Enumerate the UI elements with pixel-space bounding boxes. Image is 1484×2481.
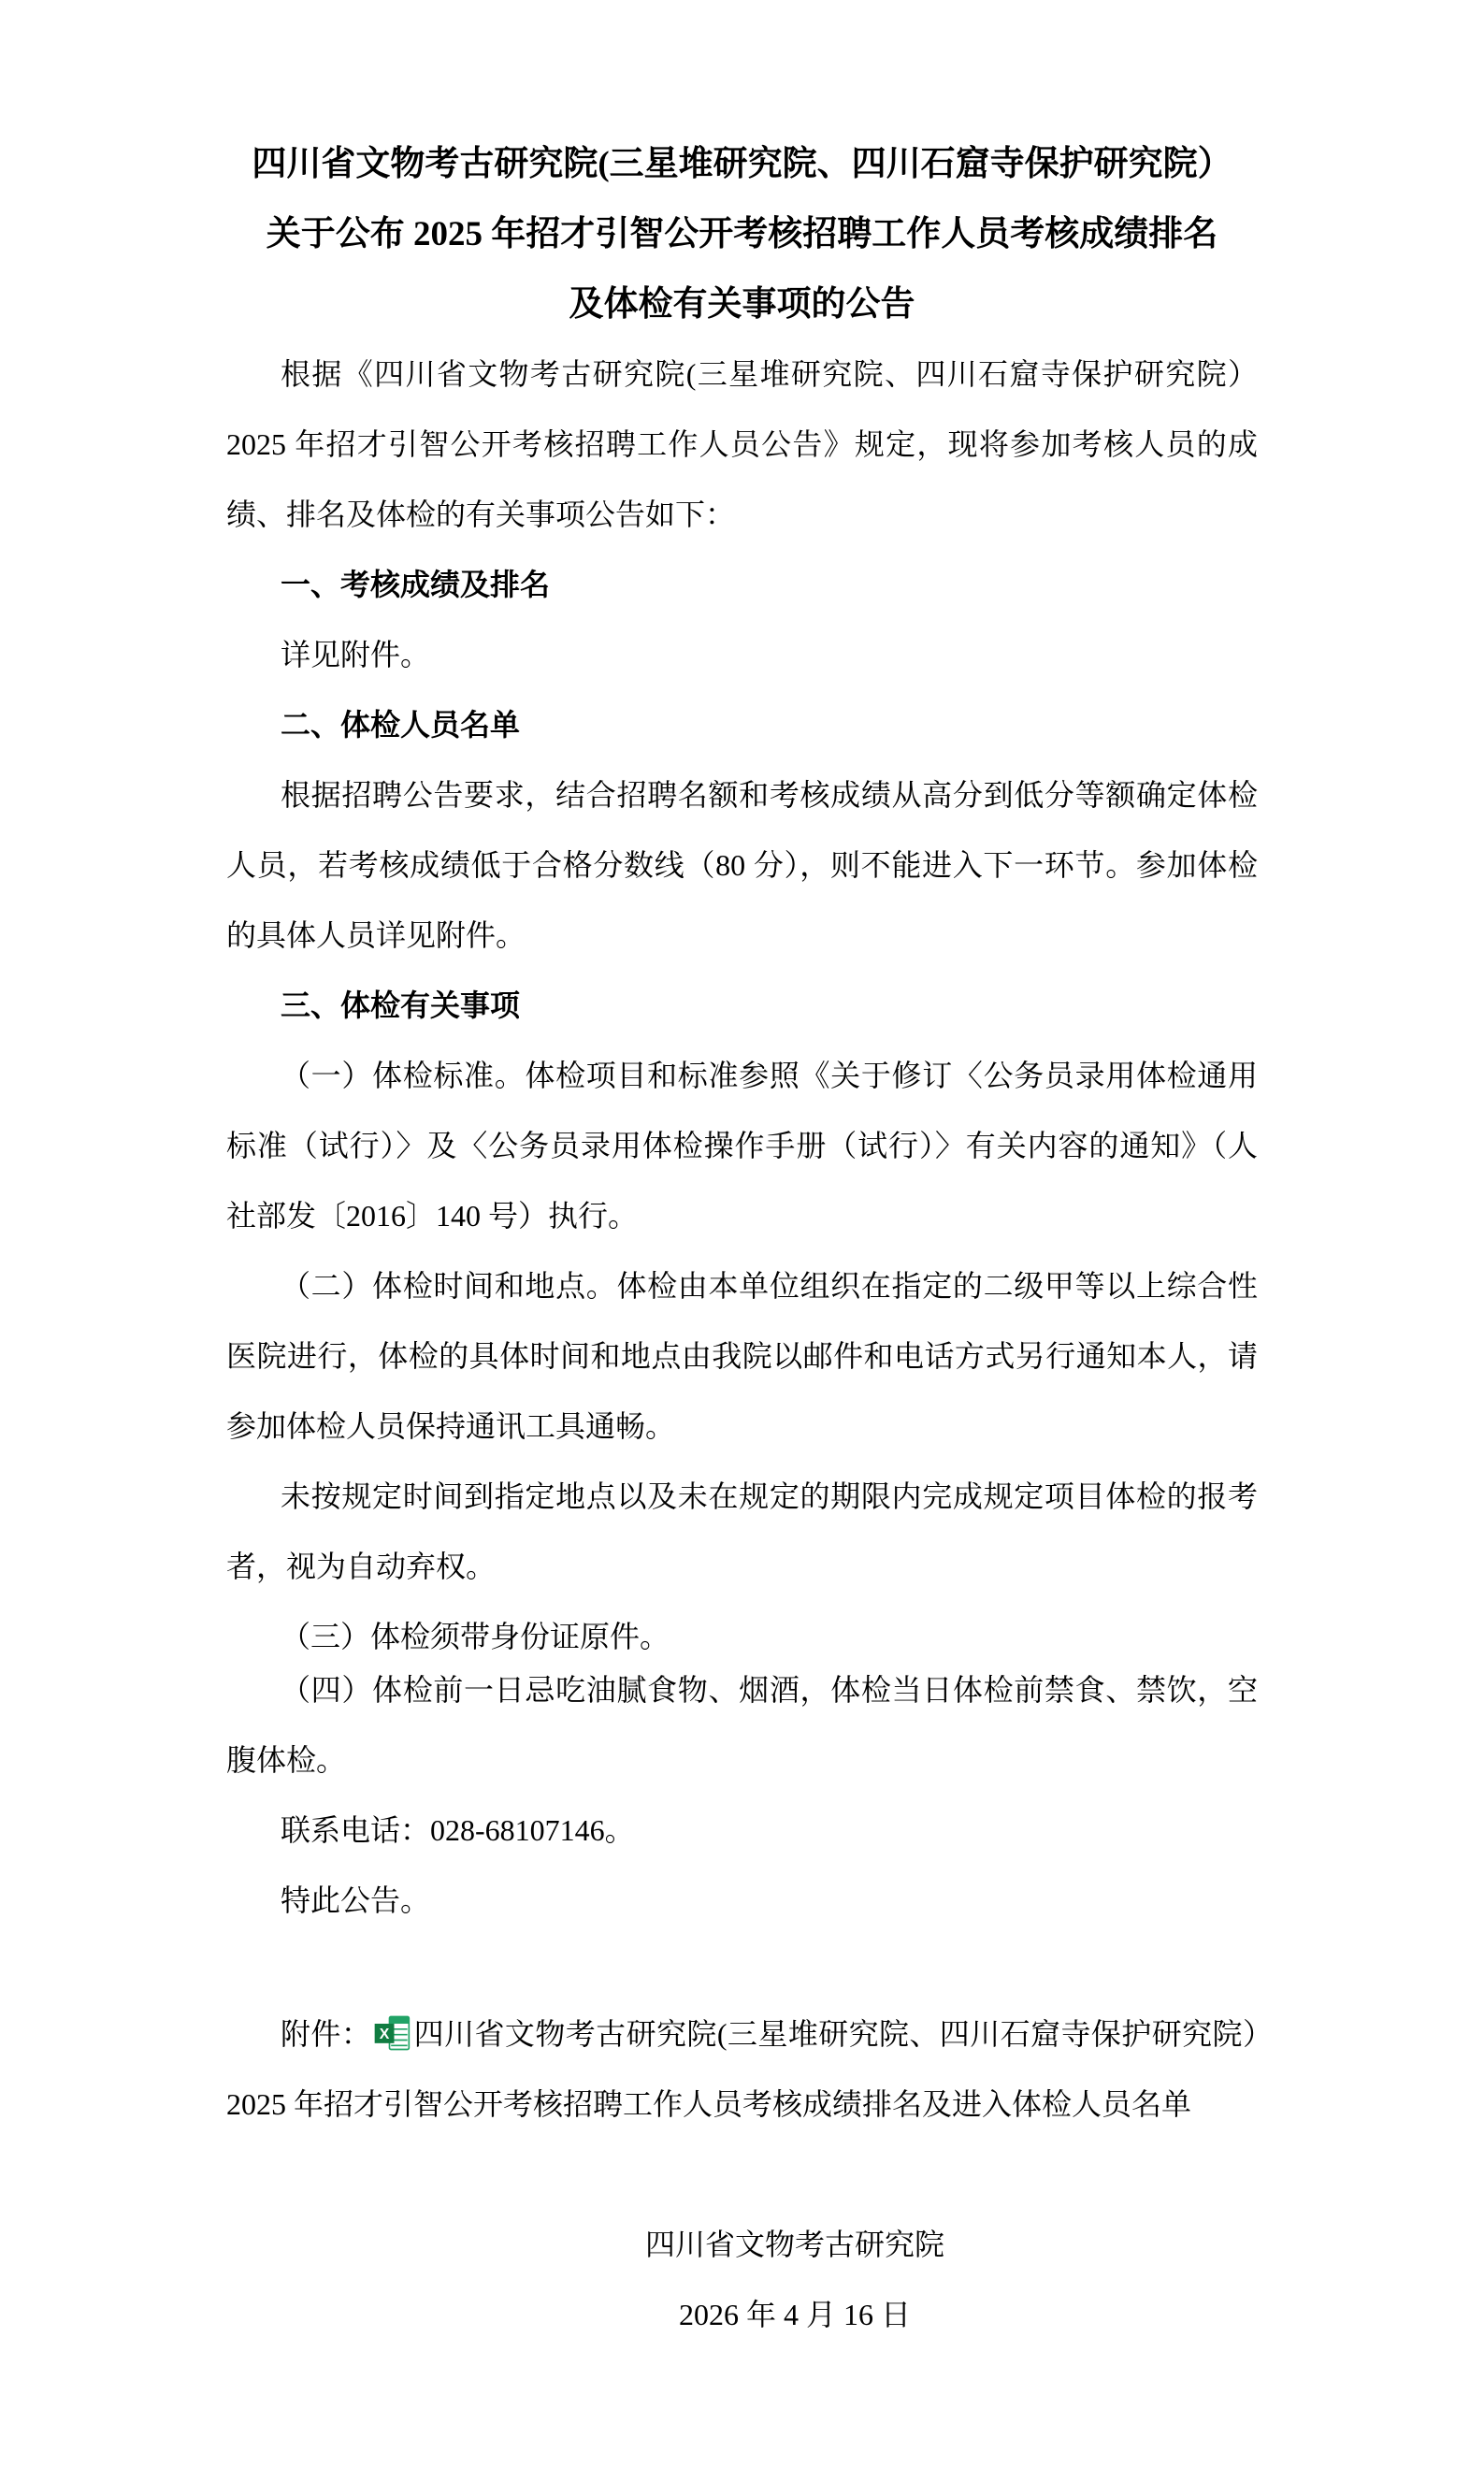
section2-body: 根据招聘公告要求，结合招聘名额和考核成绩从高分到低分等额确定体检人员，若考核成绩… <box>226 760 1258 971</box>
intro-paragraph: 根据《四川省文物考古研究院(三星堆研究院、四川石窟寺保护研究院）2025 年招才… <box>226 339 1258 550</box>
signature-org: 四川省文物考古研究院 <box>580 2210 1010 2280</box>
section3-item4: （四）体检前一日忌吃油腻食物、烟酒，体检当日体检前禁食、禁饮，空腹体检。 <box>226 1655 1258 1796</box>
section1-heading: 一、考核成绩及排名 <box>226 550 1258 620</box>
attachment-label: 附件： <box>281 2017 371 2051</box>
signature-block: 四川省文物考古研究院 2026 年 4 月 16 日 <box>580 2210 1010 2350</box>
section3-item1: （一）体检标准。体检项目和标准参照《关于修订〈公务员录用体检通用标准（试行）〉及… <box>226 1041 1258 1251</box>
svg-text:X: X <box>380 2027 390 2042</box>
signature-date: 2026 年 4 月 16 日 <box>580 2280 1010 2350</box>
attachment-line: 附件：X四川省文物考古研究院(三星堆研究院、四川石窟寺保护研究院）2025 年招… <box>226 1999 1258 2140</box>
section3-heading: 三、体检有关事项 <box>226 971 1258 1041</box>
section3-item2-note: 未按规定时间到指定地点以及未在规定的期限内完成规定项目体检的报考者，视为自动弃权… <box>226 1462 1258 1602</box>
excel-file-icon: X <box>373 2014 411 2052</box>
section2-heading: 二、体检人员名单 <box>226 690 1258 760</box>
section3-item2: （二）体检时间和地点。体检由本单位组织在指定的二级甲等以上综合性医院进行，体检的… <box>226 1251 1258 1462</box>
contact-line: 联系电话：028-68107146。 <box>226 1796 1258 1866</box>
announcement-document: 四川省文物考古研究院(三星堆研究院、四川石窟寺保护研究院） 关于公布 2025 … <box>0 0 1484 2350</box>
document-title: 四川省文物考古研究院(三星堆研究院、四川石窟寺保护研究院） 关于公布 2025 … <box>226 129 1258 339</box>
section1-body: 详见附件。 <box>226 620 1258 690</box>
closing-line: 特此公告。 <box>226 1866 1258 1936</box>
announcement-page: 四川省文物考古研究院(三星堆研究院、四川石窟寺保护研究院） 关于公布 2025 … <box>0 0 1484 2481</box>
title-line-1: 四川省文物考古研究院(三星堆研究院、四川石窟寺保护研究院） <box>226 129 1258 199</box>
title-line-2: 关于公布 2025 年招才引智公开考核招聘工作人员考核成绩排名 <box>226 199 1258 269</box>
title-line-3: 及体检有关事项的公告 <box>226 269 1258 339</box>
